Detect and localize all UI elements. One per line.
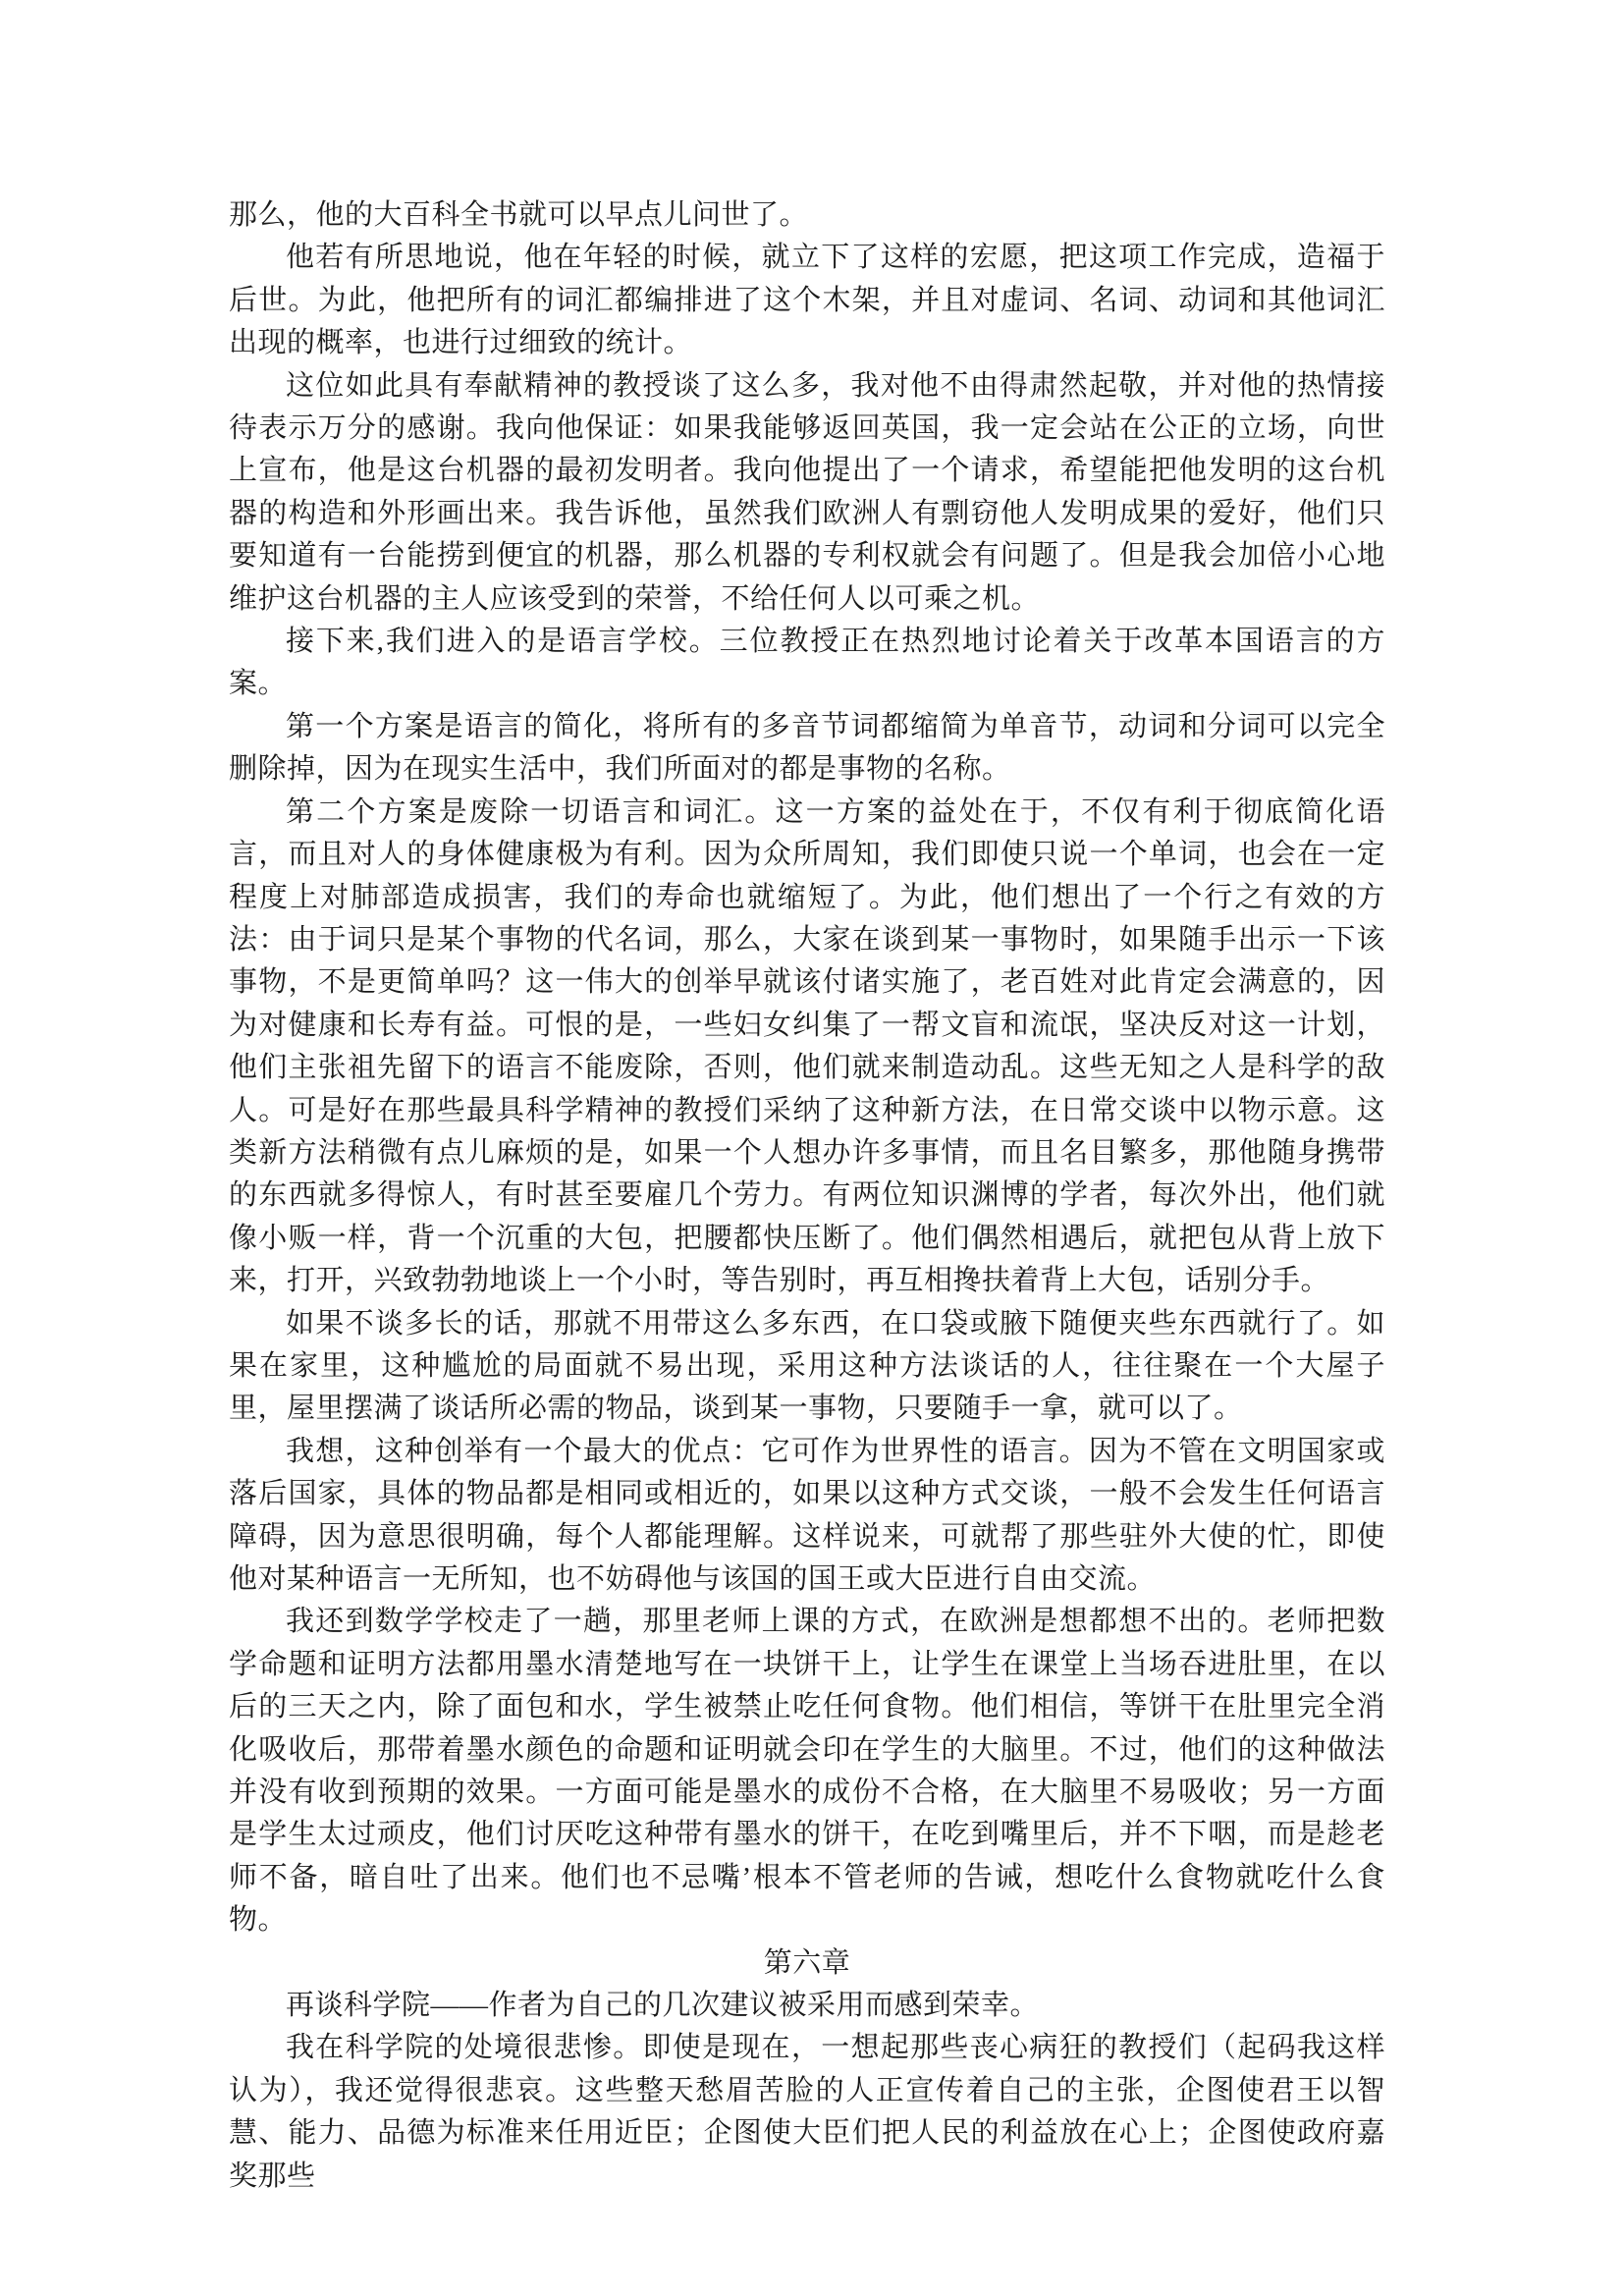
paragraph: 我想，这种创举有一个最大的优点：它可作为世界性的语言。因为不管在文明国家或落后国…	[229, 1431, 1385, 1602]
paragraph: 他若有所思地说，他在年轻的时候，就立下了这样的宏愿，把这项工作完成，造福于后世。…	[229, 237, 1385, 364]
paragraph: 如果不谈多长的话，那就不用带这么多东西，在口袋或腋下随便夹些东西就行了。如果在家…	[229, 1303, 1385, 1431]
text-block: 那么，他的大百科全书就可以早点儿问世了。 他若有所思地说，他在年轻的时候，就立下…	[229, 194, 1385, 2198]
paragraph-continuation: 那么，他的大百科全书就可以早点儿问世了。	[229, 194, 1385, 237]
paragraph: 第一个方案是语言的简化，将所有的多音节词都缩简为单音节，动词和分词可以完全删除掉…	[229, 706, 1385, 792]
paragraph: 这位如此具有奉献精神的教授谈了这么多，我对他不由得肃然起敬，并对他的热情接待表示…	[229, 365, 1385, 621]
chapter-subtitle: 再谈科学院——作者为自己的几次建议被采用而感到荣幸。	[229, 1985, 1385, 2027]
paragraph: 我在科学院的处境很悲惨。即使是现在，一想起那些丧心病狂的教授们（起码我这样认为）…	[229, 2027, 1385, 2198]
document-page: 那么，他的大百科全书就可以早点儿问世了。 他若有所思地说，他在年轻的时候，就立下…	[0, 0, 1623, 2296]
chapter-heading: 第六章	[229, 1942, 1385, 1985]
paragraph: 我还到数学学校走了一趟，那里老师上课的方式，在欧洲是想都想不出的。老师把数学命题…	[229, 1601, 1385, 1941]
paragraph: 接下来,我们进入的是语言学校。三位教授正在热烈地讨论着关于改革本国语言的方案。	[229, 621, 1385, 706]
paragraph: 第二个方案是废除一切语言和词汇。这一方案的益处在于，不仅有利于彻底简化语言，而且…	[229, 792, 1385, 1303]
